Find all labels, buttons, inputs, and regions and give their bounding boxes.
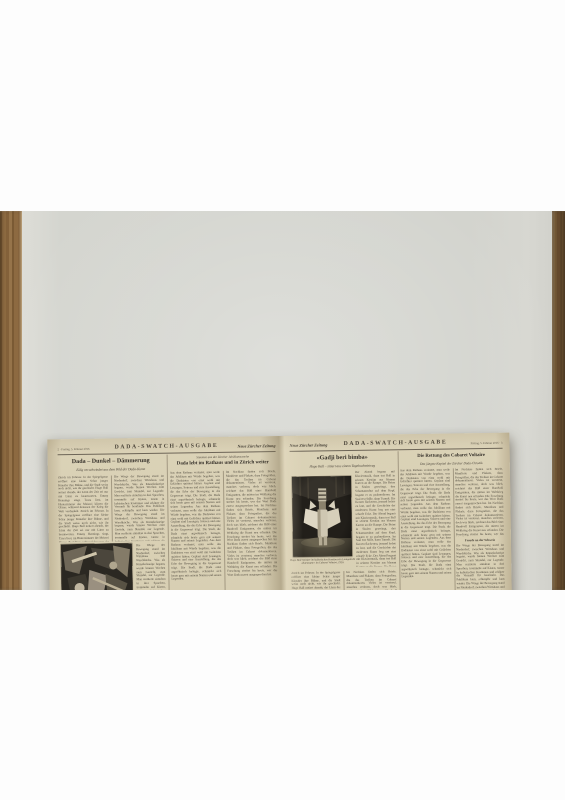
headline-rettung: Die Rettung des Cabaret Voltaire: [400, 453, 503, 460]
page-number-date: 2 · Freitag, 5. Februar 2016: [57, 447, 89, 451]
newspaper-spread: 2 · Freitag, 5. Februar 2016 DADA-SWATCH…: [47, 433, 514, 590]
body-text-column: Aus dem Rathaus verlautet, man wolle das…: [170, 471, 222, 590]
headline-daemmerung: Dada – Dunkel – Dämmerung: [58, 458, 164, 466]
body-text-column: Zürich im Februar. In der Spiegelgasse e…: [291, 571, 340, 590]
wood-table-edge-left: [0, 211, 22, 590]
subhead-gadji: Hugo Ball – zitiert aus einem Tagebuchei…: [290, 463, 395, 469]
hugo-ball-caption: Hugo Ball rezitiert im kubistischen Kost…: [289, 558, 356, 569]
hugo-ball-costume-figure: [292, 476, 352, 557]
subhead-rettung: Das jüngste Kapitel der Zürcher Dada-Chr…: [400, 460, 503, 466]
body-text-column: Zürich im Februar. In der Spiegelgasse e…: [58, 476, 109, 543]
subhead-daemmerung: Eilig verschwindet aus dem Bild der Dada…: [58, 466, 164, 472]
body-text-column: Im Nachlass finden sich Briefe, Manifest…: [455, 468, 504, 537]
headline-rathaus: Dada lebt im Rathaus und in Zürich weite…: [170, 460, 276, 467]
body-text-column: Die Wiege der Bewegung stand im Niederdo…: [456, 544, 505, 590]
headline-gadji: «Gadji beri bimba»: [290, 454, 395, 462]
body-text-column: Die Wiege der Bewegung stand im Niederdo…: [114, 475, 165, 542]
photo-background: 2 · Freitag, 5. Februar 2016 DADA-SWATCH…: [0, 211, 565, 590]
newspaper-brand: Neue Zürcher Zeitung: [237, 443, 275, 449]
body-text-column: Die Wiege der Bewegung stand im Niederdo…: [136, 544, 166, 590]
column-divider: [343, 571, 344, 590]
body-text-column: Im Nachlass finden sich Briefe, Manifest…: [346, 570, 396, 590]
newspaper-page-right: Neue Zürcher Zeitung DADA-SWATCH-AUSGABE…: [278, 433, 514, 590]
hugo-ball-photo: [292, 476, 352, 557]
masthead-title: DADA-SWATCH-AUSGABE: [316, 439, 474, 447]
body-text-column: Aus dem Rathaus verlautet, man wolle das…: [400, 468, 452, 590]
column-divider: [111, 476, 112, 542]
body-text-column: Im Nachlass finden sich Briefe, Manifest…: [226, 470, 278, 590]
dada-collage-photo: [61, 543, 134, 590]
wood-table-edge-right: [552, 211, 565, 590]
masthead-rule: [290, 447, 503, 451]
collage-artwork: [61, 543, 134, 590]
photograph-of-newspaper: 2 · Freitag, 5. Februar 2016 DADA-SWATCH…: [0, 0, 565, 800]
newspaper-page-left: 2 · Freitag, 5. Februar 2016 DADA-SWATCH…: [47, 436, 283, 590]
body-text-column: Der Abend begann mit Klaviermusik, dann …: [355, 470, 396, 567]
masthead-title: DADA-SWATCH-AUSGABE: [87, 443, 245, 451]
crosshead-schweiz: Freude an der Schweiz: [456, 538, 504, 543]
page-number-date: Freitag, 5. Februar 2016 · 3: [471, 441, 503, 445]
